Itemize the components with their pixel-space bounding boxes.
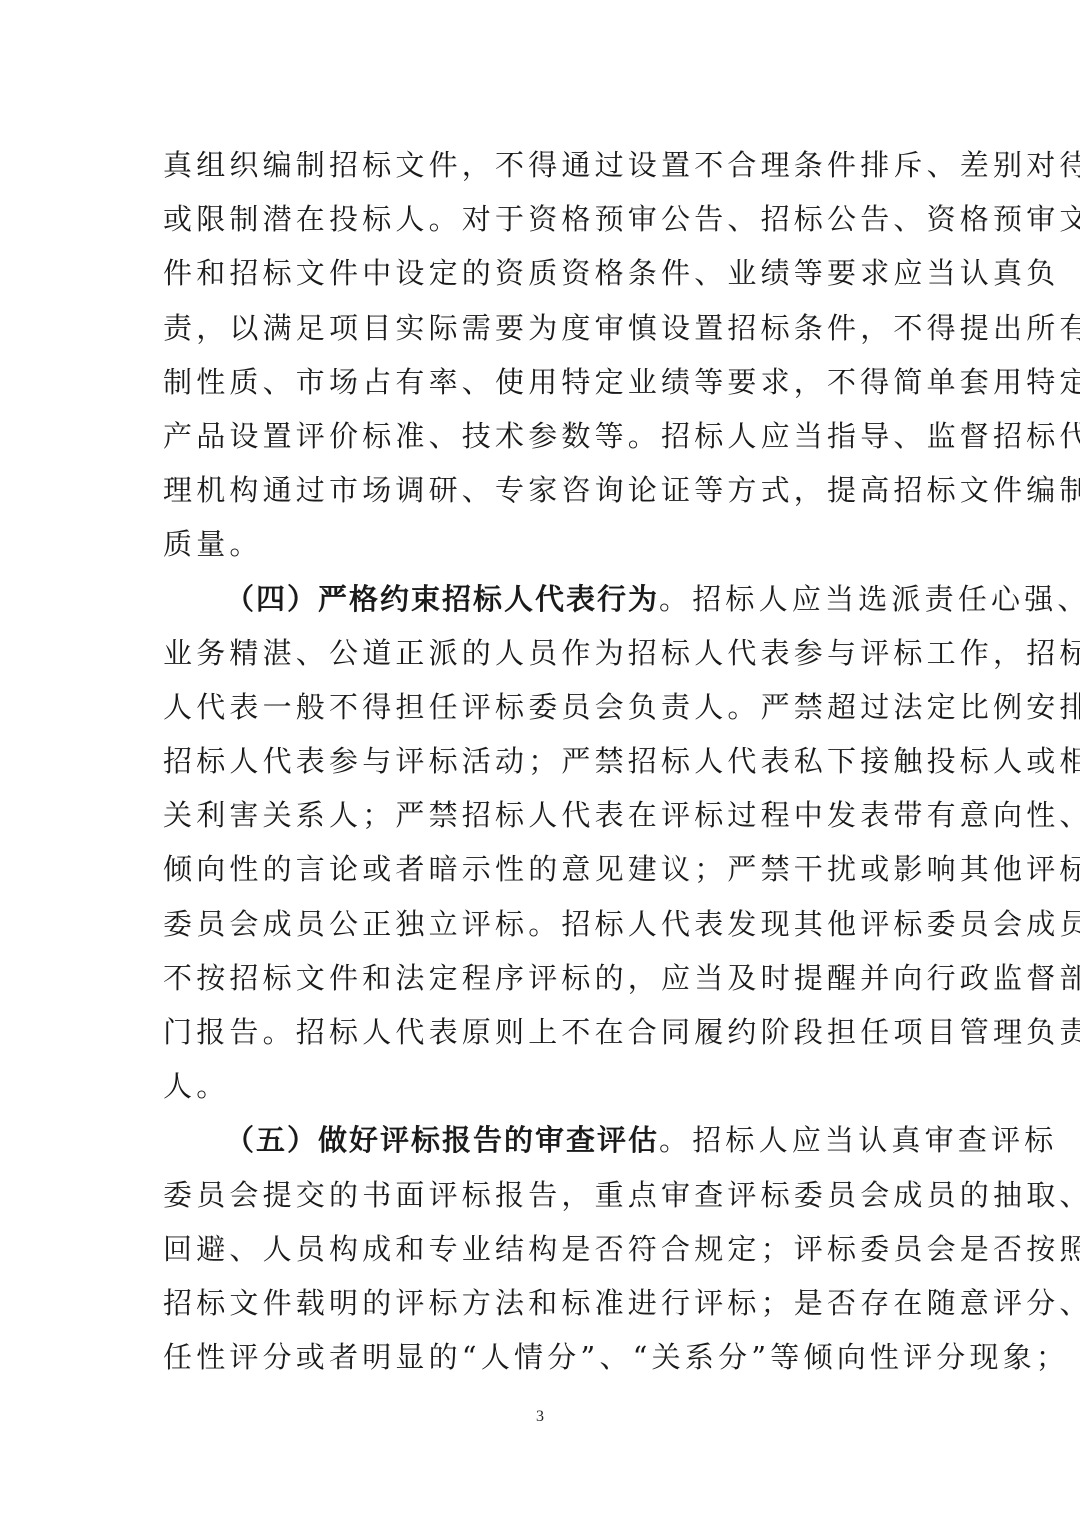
paragraph-line: 委员会成员公正独立评标。招标人代表发现其他评标委员会成员 [163, 897, 917, 951]
section-5-text: 。招标人应当认真审查评标 [659, 1123, 1057, 1157]
paragraph-line: 关利害关系人；严禁招标人代表在评标过程中发表带有意向性、 [163, 788, 917, 842]
section-4-first-line: （四）严格约束招标人代表行为。招标人应当选派责任心强、 [163, 572, 917, 626]
paragraph-line: 委员会提交的书面评标报告，重点审查评标委员会成员的抽取、 [163, 1168, 917, 1222]
paragraph-line: 人。 [163, 1059, 917, 1113]
section-5-heading: （五）做好评标报告的审查评估 [225, 1123, 659, 1157]
paragraph-line: 门报告。招标人代表原则上不在合同履约阶段担任项目管理负责 [163, 1005, 917, 1059]
section-5-first-line: （五）做好评标报告的审查评估。招标人应当认真审查评标 [163, 1113, 917, 1167]
paragraph-line: 件和招标文件中设定的资质资格条件、业绩等要求应当认真负 [163, 246, 917, 300]
paragraph-line: 人代表一般不得担任评标委员会负责人。严禁超过法定比例安排 [163, 680, 917, 734]
paragraph-line: 业务精湛、公道正派的人员作为招标人代表参与评标工作，招标 [163, 626, 917, 680]
page-number: 3 [0, 1408, 1080, 1426]
paragraph-line: 招标文件载明的评标方法和标准进行评标；是否存在随意评分、 [163, 1276, 917, 1330]
paragraph-line: 理机构通过市场调研、专家咨询论证等方式，提高招标文件编制 [163, 463, 917, 517]
paragraph-line: 产品设置评价标准、技术参数等。招标人应当指导、监督招标代 [163, 409, 917, 463]
paragraph-line: 倾向性的言论或者暗示性的意见建议；严禁干扰或影响其他评标 [163, 842, 917, 896]
section-4-heading: （四）严格约束招标人代表行为 [225, 582, 659, 616]
paragraph-line: 不按招标文件和法定程序评标的，应当及时提醒并向行政监督部 [163, 951, 917, 1005]
body-text: 真组织编制招标文件，不得通过设置不合理条件排斥、差别对待 或限制潜在投标人。对于… [163, 138, 917, 1384]
document-page: 真组织编制招标文件，不得通过设置不合理条件排斥、差别对待 或限制潜在投标人。对于… [0, 0, 1080, 1527]
paragraph-line: 任性评分或者明显的“人情分”、“关系分”等倾向性评分现象； [163, 1330, 917, 1384]
paragraph-line: 真组织编制招标文件，不得通过设置不合理条件排斥、差别对待 [163, 138, 917, 192]
paragraph-line: 招标人代表参与评标活动；严禁招标人代表私下接触投标人或相 [163, 734, 917, 788]
section-4-text: 。招标人应当选派责任心强、 [659, 582, 1080, 616]
paragraph-line: 责，以满足项目实际需要为度审慎设置招标条件，不得提出所有 [163, 301, 917, 355]
paragraph-line: 制性质、市场占有率、使用特定业绩等要求，不得简单套用特定 [163, 355, 917, 409]
paragraph-line: 或限制潜在投标人。对于资格预审公告、招标公告、资格预审文 [163, 192, 917, 246]
paragraph-line: 回避、人员构成和专业结构是否符合规定；评标委员会是否按照 [163, 1222, 917, 1276]
paragraph-line: 质量。 [163, 517, 917, 571]
